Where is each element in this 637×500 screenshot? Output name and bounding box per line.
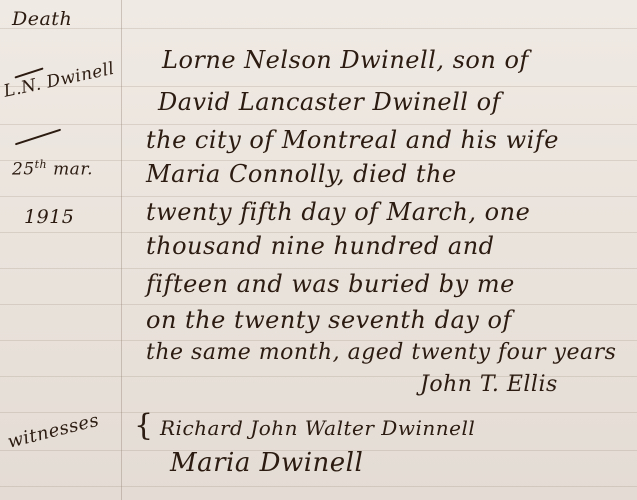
witness-brace: {	[134, 408, 154, 443]
body-line: David Lancaster Dwinell of	[158, 88, 501, 116]
margin-month: mar.	[53, 160, 93, 180]
ruled-line	[0, 486, 637, 487]
body-line: thousand nine hundred and	[146, 232, 495, 260]
body-line: Maria Connolly, died the	[146, 160, 457, 188]
margin-name: L.N. Dwinell	[2, 59, 116, 102]
body-line: Lorne Nelson Dwinell, son of	[162, 46, 529, 74]
body-line: fifteen and was buried by me	[146, 270, 515, 298]
officiant-signature: John T. Ellis	[420, 372, 558, 397]
margin-day-suffix: th	[35, 158, 48, 171]
margin-date: 25th mar.	[12, 158, 93, 180]
witness-name: Maria Dwinell	[170, 448, 363, 478]
witness-name: Richard John Walter Dwinnell	[160, 416, 475, 440]
ruled-line	[0, 304, 637, 305]
witnesses-label: witnesses	[5, 410, 101, 453]
body-line: on the twenty seventh day of	[146, 306, 512, 334]
ruled-line	[0, 268, 637, 269]
ruled-line	[0, 28, 637, 29]
body-line: the city of Montreal and his wife	[146, 126, 559, 154]
margin-day: 25	[12, 160, 35, 180]
ruled-line	[0, 196, 637, 197]
ruled-line	[0, 124, 637, 125]
body-line: twenty fifth day of March, one	[146, 198, 530, 226]
margin-entry-type: Death	[12, 8, 72, 30]
body-line: the same month, aged twenty four years	[146, 340, 616, 365]
register-page: Death L.N. Dwinell 25th mar. 1915 Lorne …	[0, 0, 637, 500]
margin-dash	[15, 129, 61, 146]
ruled-line	[0, 86, 637, 87]
margin-year: 1915	[24, 206, 74, 228]
margin-line	[121, 0, 122, 500]
